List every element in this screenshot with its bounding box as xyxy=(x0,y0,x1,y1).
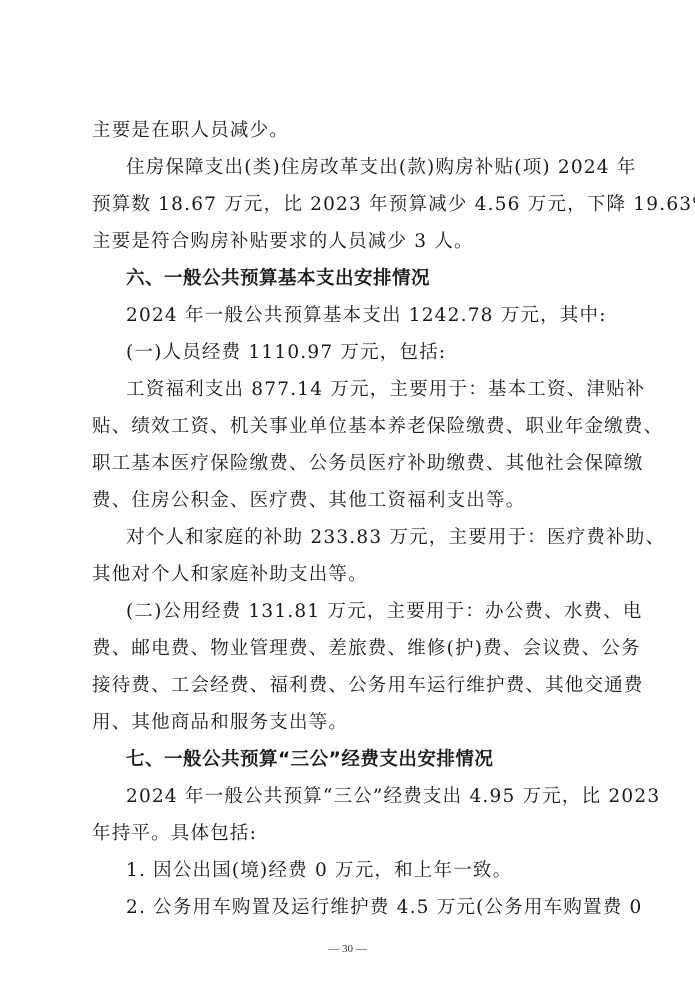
text-line: 主要是符合购房补贴要求的人员减少 3 人。 xyxy=(92,230,604,254)
text-line: 住房保障支出(类)住房改革支出(款)购房补贴(项) 2024 年 xyxy=(126,156,604,180)
page-number: — 30 — xyxy=(0,943,695,955)
text-line: 预算数 18.67 万元，比 2023 年预算减少 4.56 万元，下降 19.… xyxy=(92,193,604,217)
document-page: 主要是在职人员减少。 住房保障支出(类)住房改革支出(款)购房补贴(项) 202… xyxy=(0,0,695,983)
text-line: (二)公用经费 131.81 万元，主要用于：办公费、水费、电 xyxy=(126,600,604,624)
text-line: (一)人员经费 1110.97 万元，包括: xyxy=(126,341,604,365)
section-heading-6: 六、一般公共预算基本支出安排情况 xyxy=(126,267,604,291)
text-line: 1. 因公出国(境)经费 0 万元，和上年一致。 xyxy=(126,859,604,883)
text-line: 主要是在职人员减少。 xyxy=(92,119,604,143)
text-line: 接待费、工会经费、福利费、公务用车运行维护费、其他交通费 xyxy=(92,674,604,698)
text-line: 费、邮电费、物业管理费、差旅费、维修(护)费、会议费、公务 xyxy=(92,637,604,661)
text-line: 2024 年一般公共预算基本支出 1242.78 万元，其中: xyxy=(126,304,604,328)
text-line: 其他对个人和家庭补助支出等。 xyxy=(92,563,604,587)
text-line: 贴、绩效工资、机关事业单位基本养老保险缴费、职业年金缴费、 xyxy=(92,415,604,439)
text-line: 2024 年一般公共预算“三公”经费支出 4.95 万元，比 2023 xyxy=(126,785,604,809)
text-line: 用、其他商品和服务支出等。 xyxy=(92,711,604,735)
text-line: 职工基本医疗保险缴费、公务员医疗补助缴费、其他社会保障缴 xyxy=(92,452,604,476)
text-line: 费、住房公积金、医疗费、其他工资福利支出等。 xyxy=(92,489,604,513)
section-heading-7: 七、一般公共预算“三公”经费支出安排情况 xyxy=(126,748,604,772)
text-line: 对个人和家庭的补助 233.83 万元，主要用于：医疗费补助、 xyxy=(126,526,604,550)
text-line: 2. 公务用车购置及运行维护费 4.5 万元(公务用车购置费 0 xyxy=(126,896,604,920)
text-line: 年持平。具体包括: xyxy=(92,822,604,846)
text-line: 工资福利支出 877.14 万元，主要用于：基本工资、津贴补 xyxy=(126,378,604,402)
